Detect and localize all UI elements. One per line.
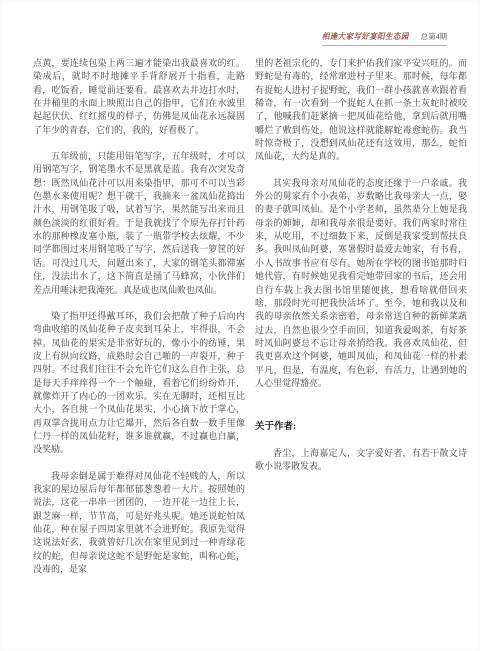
right-column: 里的老祖宗化的，专门来护佑我们家平安兴旺的。而野蛇是有毒的，经常窜进村子里来。那…	[255, 57, 467, 589]
author-bio: 香尘，上海嘉定人，文字爱好者，有若干散文诗歌小说零散发表。	[255, 447, 467, 474]
journal-title: 相逢大家写好宴阳生态园	[322, 31, 409, 43]
body-paragraph: 里的老祖宗化的，专门来护佑我们家平安兴旺的。而野蛇是有毒的，经常窜进村子里来。那…	[255, 57, 467, 164]
about-author-section: 关于作者: 香尘，上海嘉定人，文字爱好者，有若干散文诗歌小说零散发表。	[255, 421, 467, 473]
body-paragraph: 其实我母亲对凤仙花的态度还缘于一户亲戚。我外公的舅家有个小表弟，岁数略比我母亲大…	[255, 177, 467, 391]
body-paragraph: 我母亲倒是属于难得对凤仙花不轻贱的人，所以我家的屋边屋后每年都郁郁葱葱着一大片。…	[33, 470, 245, 577]
issue-number: 总第4期	[421, 31, 447, 42]
article-body: 点黄，要连续包染上两三遍才能染出我最喜欢的红。染成后，就时不时地摊平手背舒展开十…	[33, 57, 458, 589]
left-column: 点黄，要连续包染上两三遍才能染出我最喜欢的红。染成后，就时不时地摊平手背舒展开十…	[33, 57, 245, 589]
magazine-page: 相逢大家写好宴阳生态园 总第4期 点黄，要连续包染上两三遍才能染出我最喜欢的红。…	[0, 0, 480, 651]
body-paragraph: 点黄，要连续包染上两三遍才能染出我最喜欢的红。染成后，就时不时地摊平手背舒展开十…	[33, 57, 245, 137]
body-paragraph: 五年级前，只能用铅笔写字，五年级时，才可以用钢笔写字，钢笔墨水不是黑就是蓝。我有…	[33, 150, 245, 297]
about-author-heading: 关于作者:	[255, 421, 467, 434]
body-paragraph: 染了指甲还得戴耳环，我们会把散了种子后向内弯曲收缩的凤仙花种子皮夹到耳朵上，牢得…	[33, 310, 245, 457]
masthead: 相逢大家写好宴阳生态园 总第4期	[322, 31, 447, 46]
